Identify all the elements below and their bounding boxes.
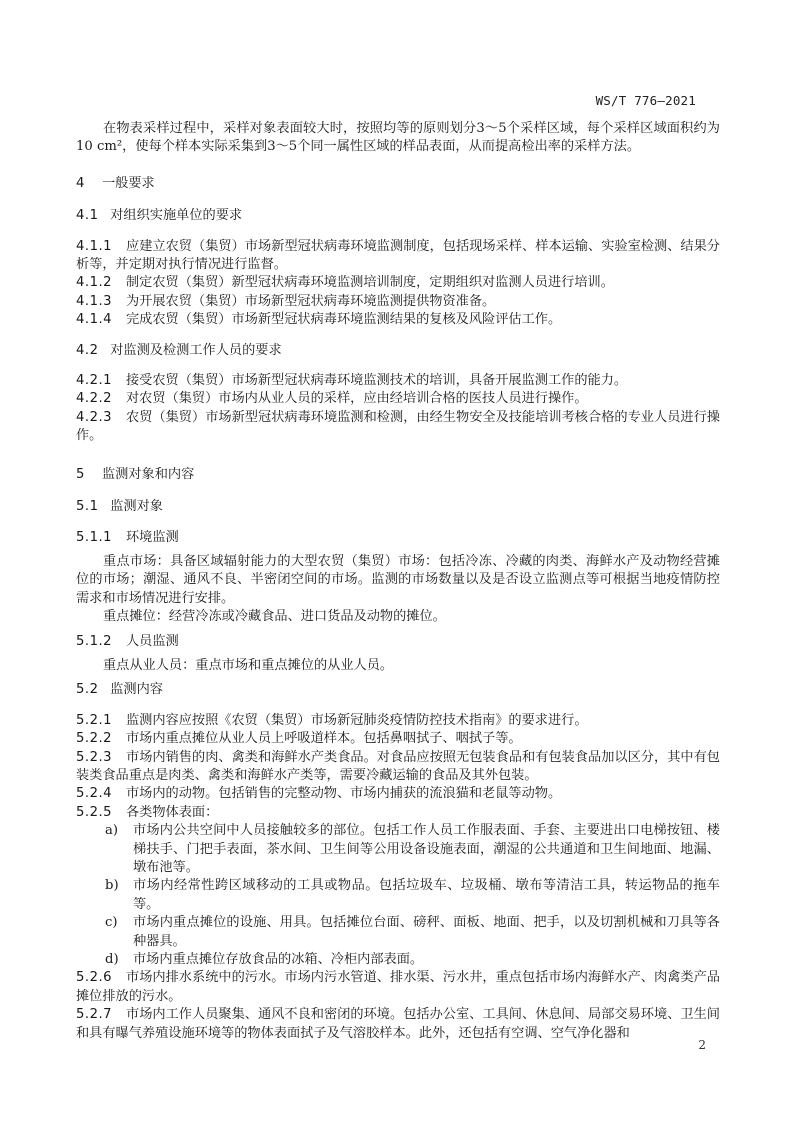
section-number: 4 [76, 175, 102, 193]
clause-4-1-4: 4.1.4完成农贸（集贸）市场新型冠状病毒环境监测结果的复核及风险评估工作。 [76, 311, 720, 329]
section-title: 对监测及检测工作人员的要求 [110, 343, 281, 358]
list-item: c)市场内重点摊位的设施、用具。包括摊位台面、磅秤、面板、地面、把手，以及切割机… [76, 914, 720, 951]
clause-number: 5.2.3 [76, 749, 126, 767]
section-number: 5.1.1 [76, 529, 126, 547]
section-number: 5 [76, 466, 102, 484]
clause-5-2-4: 5.2.4市场内的动物。包括销售的完整动物、市场内捕获的流浪猫和老鼠等动物。 [76, 785, 720, 803]
clause-number: 5.2.5 [76, 804, 126, 822]
clause-number: 5.2.2 [76, 730, 126, 748]
document-page: WS/T 776—2021 在物表采样过程中，采样对象表面较大时，按照均等的原则… [0, 0, 800, 1131]
document-body: 在物表采样过程中，采样对象表面较大时，按照均等的原则划分3～5个采样区域，每个采… [76, 120, 720, 1043]
clause-text: 对农贸（集贸）市场内从业人员的采样，应由经培训合格的医技人员进行操作。 [126, 391, 588, 406]
clause-text: 市场内的动物。包括销售的完整动物、市场内捕获的流浪猫和老鼠等动物。 [126, 786, 561, 801]
section-title: 一般要求 [102, 176, 155, 191]
list-marker: c) [105, 914, 118, 932]
clause-text: 完成农贸（集贸）市场新型冠状病毒环境监测结果的复核及风险评估工作。 [126, 312, 561, 327]
clause-text: 市场内销售的肉、禽类和海鲜水产类食品。对食品应按照无包装食品和有包装食品加以区分… [76, 750, 720, 783]
clause-number: 4.1.2 [76, 274, 126, 292]
clause-text: 监测内容应按照《农贸（集贸）市场新冠肺炎疫情防控技术指南》的要求进行。 [126, 713, 588, 728]
paragraph-key-staff: 重点从业人员：重点市场和重点摊位的从业人员。 [76, 657, 720, 675]
list-text: 市场内重点摊位的设施、用具。包括摊位台面、磅秤、面板、地面、把手，以及切割机械和… [133, 915, 720, 948]
standard-code: WS/T 776—2021 [596, 93, 696, 108]
section-title: 对组织实施单位的要求 [110, 208, 242, 223]
clause-number: 4.1.3 [76, 293, 126, 311]
list-item: a)市场内公共空间中人员接触较多的部位。包括工作人员工作服表面、手套、主要进出口… [76, 822, 720, 877]
clause-number: 4.1.1 [76, 238, 126, 256]
section-4-1-heading: 4.1 对组织实施单位的要求 [76, 207, 720, 225]
clause-number: 4.1.4 [76, 311, 126, 329]
section-title: 监测对象 [110, 499, 163, 514]
section-title: 环境监测 [126, 530, 179, 545]
clause-text: 农贸（集贸）市场新型冠状病毒环境监测和检测，由经生物安全及技能培训考核合格的专业… [76, 410, 720, 443]
section-5-2-heading: 5.2 监测内容 [76, 681, 720, 699]
clause-5-2-5: 5.2.5各类物体表面： [76, 804, 720, 822]
list-marker: d) [105, 951, 119, 969]
clause-text: 应建立农贸（集贸）市场新型冠状病毒环境监测制度，包括现场采样、样本运输、实验室检… [76, 239, 720, 272]
section-number: 5.2 [76, 681, 106, 699]
list-marker: a) [105, 822, 118, 840]
list-text: 市场内重点摊位存放食品的冰箱、冷柜内部表面。 [133, 952, 423, 967]
clause-number: 5.2.6 [76, 969, 126, 987]
clause-4-2-1: 4.2.1接受农贸（集贸）市场新型冠状病毒环境监测技术的培训，具备开展监测工作的… [76, 372, 720, 390]
section-number: 4.1 [76, 207, 106, 225]
clause-number: 5.2.4 [76, 785, 126, 803]
list-text: 市场内公共空间中人员接触较多的部位。包括工作人员工作服表面、手套、主要进出口电梯… [133, 823, 720, 875]
section-5-1-heading: 5.1 监测对象 [76, 498, 720, 516]
paragraph-key-markets: 重点市场：具备区域辐射能力的大型农贸（集贸）市场：包括冷冻、冷藏的肉类、海鲜水产… [76, 553, 720, 608]
clause-4-1-3: 4.1.3为开展农贸（集贸）市场新型冠状病毒环境监测提供物资准备。 [76, 293, 720, 311]
section-number: 5.1.2 [76, 633, 126, 651]
section-4-heading: 4一般要求 [76, 175, 720, 193]
clause-5-2-6: 5.2.6市场内排水系统中的污水。市场内污水管道、排水渠、污水井，重点包括市场内… [76, 969, 720, 1006]
clause-text: 市场内重点摊位从业人员上呼吸道样本。包括鼻咽拭子、咽拭子等。 [126, 731, 522, 746]
clause-4-1-2: 4.1.2制定农贸（集贸）新型冠状病毒环境监测培训制度，定期组织对监测人员进行培… [76, 274, 720, 292]
clause-number: 5.2.7 [76, 1006, 126, 1024]
clause-5-2-2: 5.2.2市场内重点摊位从业人员上呼吸道样本。包括鼻咽拭子、咽拭子等。 [76, 730, 720, 748]
section-5-heading: 5监测对象和内容 [76, 466, 720, 484]
clause-5-2-7: 5.2.7市场内工作人员聚集、通风不良和密闭的环境。包括办公室、工具间、休息间、… [76, 1006, 720, 1043]
list-marker: b) [105, 877, 119, 895]
clause-number: 4.2.3 [76, 409, 126, 427]
clause-text: 各类物体表面： [126, 805, 218, 820]
list-item: d)市场内重点摊位存放食品的冰箱、冷柜内部表面。 [76, 951, 720, 969]
clause-text: 制定农贸（集贸）新型冠状病毒环境监测培训制度，定期组织对监测人员进行培训。 [126, 275, 614, 290]
clause-text: 市场内排水系统中的污水。市场内污水管道、排水渠、污水井，重点包括市场内海鲜水产、… [76, 970, 720, 1003]
clause-text: 接受农贸（集贸）市场新型冠状病毒环境监测技术的培训，具备开展监测工作的能力。 [126, 373, 627, 388]
paragraph-key-stalls: 重点摊位：经营冷冻或冷藏食品、进口货品及动物的摊位。 [76, 608, 720, 626]
clause-4-2-3: 4.2.3农贸（集贸）市场新型冠状病毒环境监测和检测，由经生物安全及技能培训考核… [76, 409, 720, 446]
section-title: 监测内容 [110, 682, 163, 697]
section-5-1-1-heading: 5.1.1环境监测 [76, 529, 720, 547]
list-item: b)市场内经常性跨区域移动的工具或物品。包括垃圾车、垃圾桶、墩布等清洁工具，转运… [76, 877, 720, 914]
clause-number: 4.2.1 [76, 372, 126, 390]
clause-text: 为开展农贸（集贸）市场新型冠状病毒环境监测提供物资准备。 [126, 294, 495, 309]
clause-number: 5.2.1 [76, 712, 126, 730]
page-number: 2 [698, 1038, 706, 1052]
section-number: 5.1 [76, 498, 106, 516]
clause-number: 4.2.2 [76, 390, 126, 408]
intro-paragraph: 在物表采样过程中，采样对象表面较大时，按照均等的原则划分3～5个采样区域，每个采… [76, 120, 720, 157]
section-number: 4.2 [76, 342, 106, 360]
section-5-1-2-heading: 5.1.2人员监测 [76, 633, 720, 651]
section-title: 监测对象和内容 [102, 467, 194, 482]
clause-text: 市场内工作人员聚集、通风不良和密闭的环境。包括办公室、工具间、休息间、局部交易环… [76, 1007, 720, 1040]
clause-5-2-1: 5.2.1监测内容应按照《农贸（集贸）市场新冠肺炎疫情防控技术指南》的要求进行。 [76, 712, 720, 730]
surface-list: a)市场内公共空间中人员接触较多的部位。包括工作人员工作服表面、手套、主要进出口… [76, 822, 720, 969]
clause-4-2-2: 4.2.2对农贸（集贸）市场内从业人员的采样，应由经培训合格的医技人员进行操作。 [76, 390, 720, 408]
clause-4-1-1: 4.1.1应建立农贸（集贸）市场新型冠状病毒环境监测制度，包括现场采样、样本运输… [76, 238, 720, 275]
list-text: 市场内经常性跨区域移动的工具或物品。包括垃圾车、垃圾桶、墩布等清洁工具，转运物品… [133, 878, 720, 911]
section-title: 人员监测 [126, 634, 179, 649]
section-4-2-heading: 4.2 对监测及检测工作人员的要求 [76, 342, 720, 360]
clause-5-2-3: 5.2.3市场内销售的肉、禽类和海鲜水产类食品。对食品应按照无包装食品和有包装食… [76, 749, 720, 786]
